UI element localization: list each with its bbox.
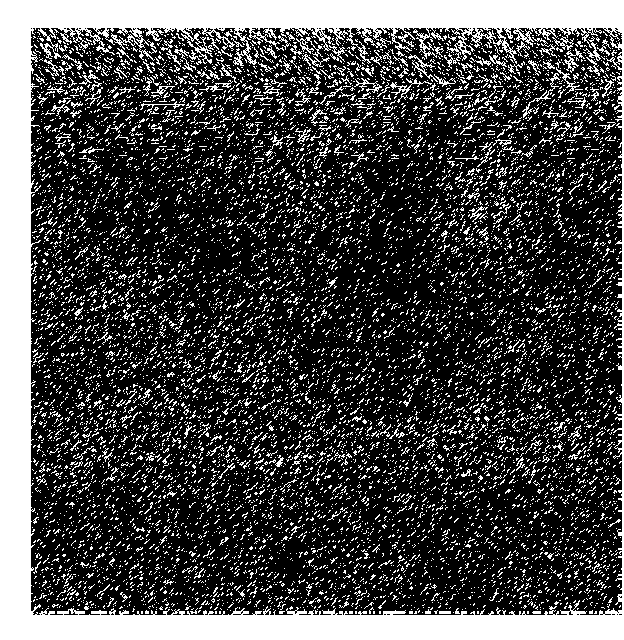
dithered-photo-canvas (31, 28, 622, 615)
photo-frame (31, 28, 622, 615)
page (0, 0, 624, 640)
